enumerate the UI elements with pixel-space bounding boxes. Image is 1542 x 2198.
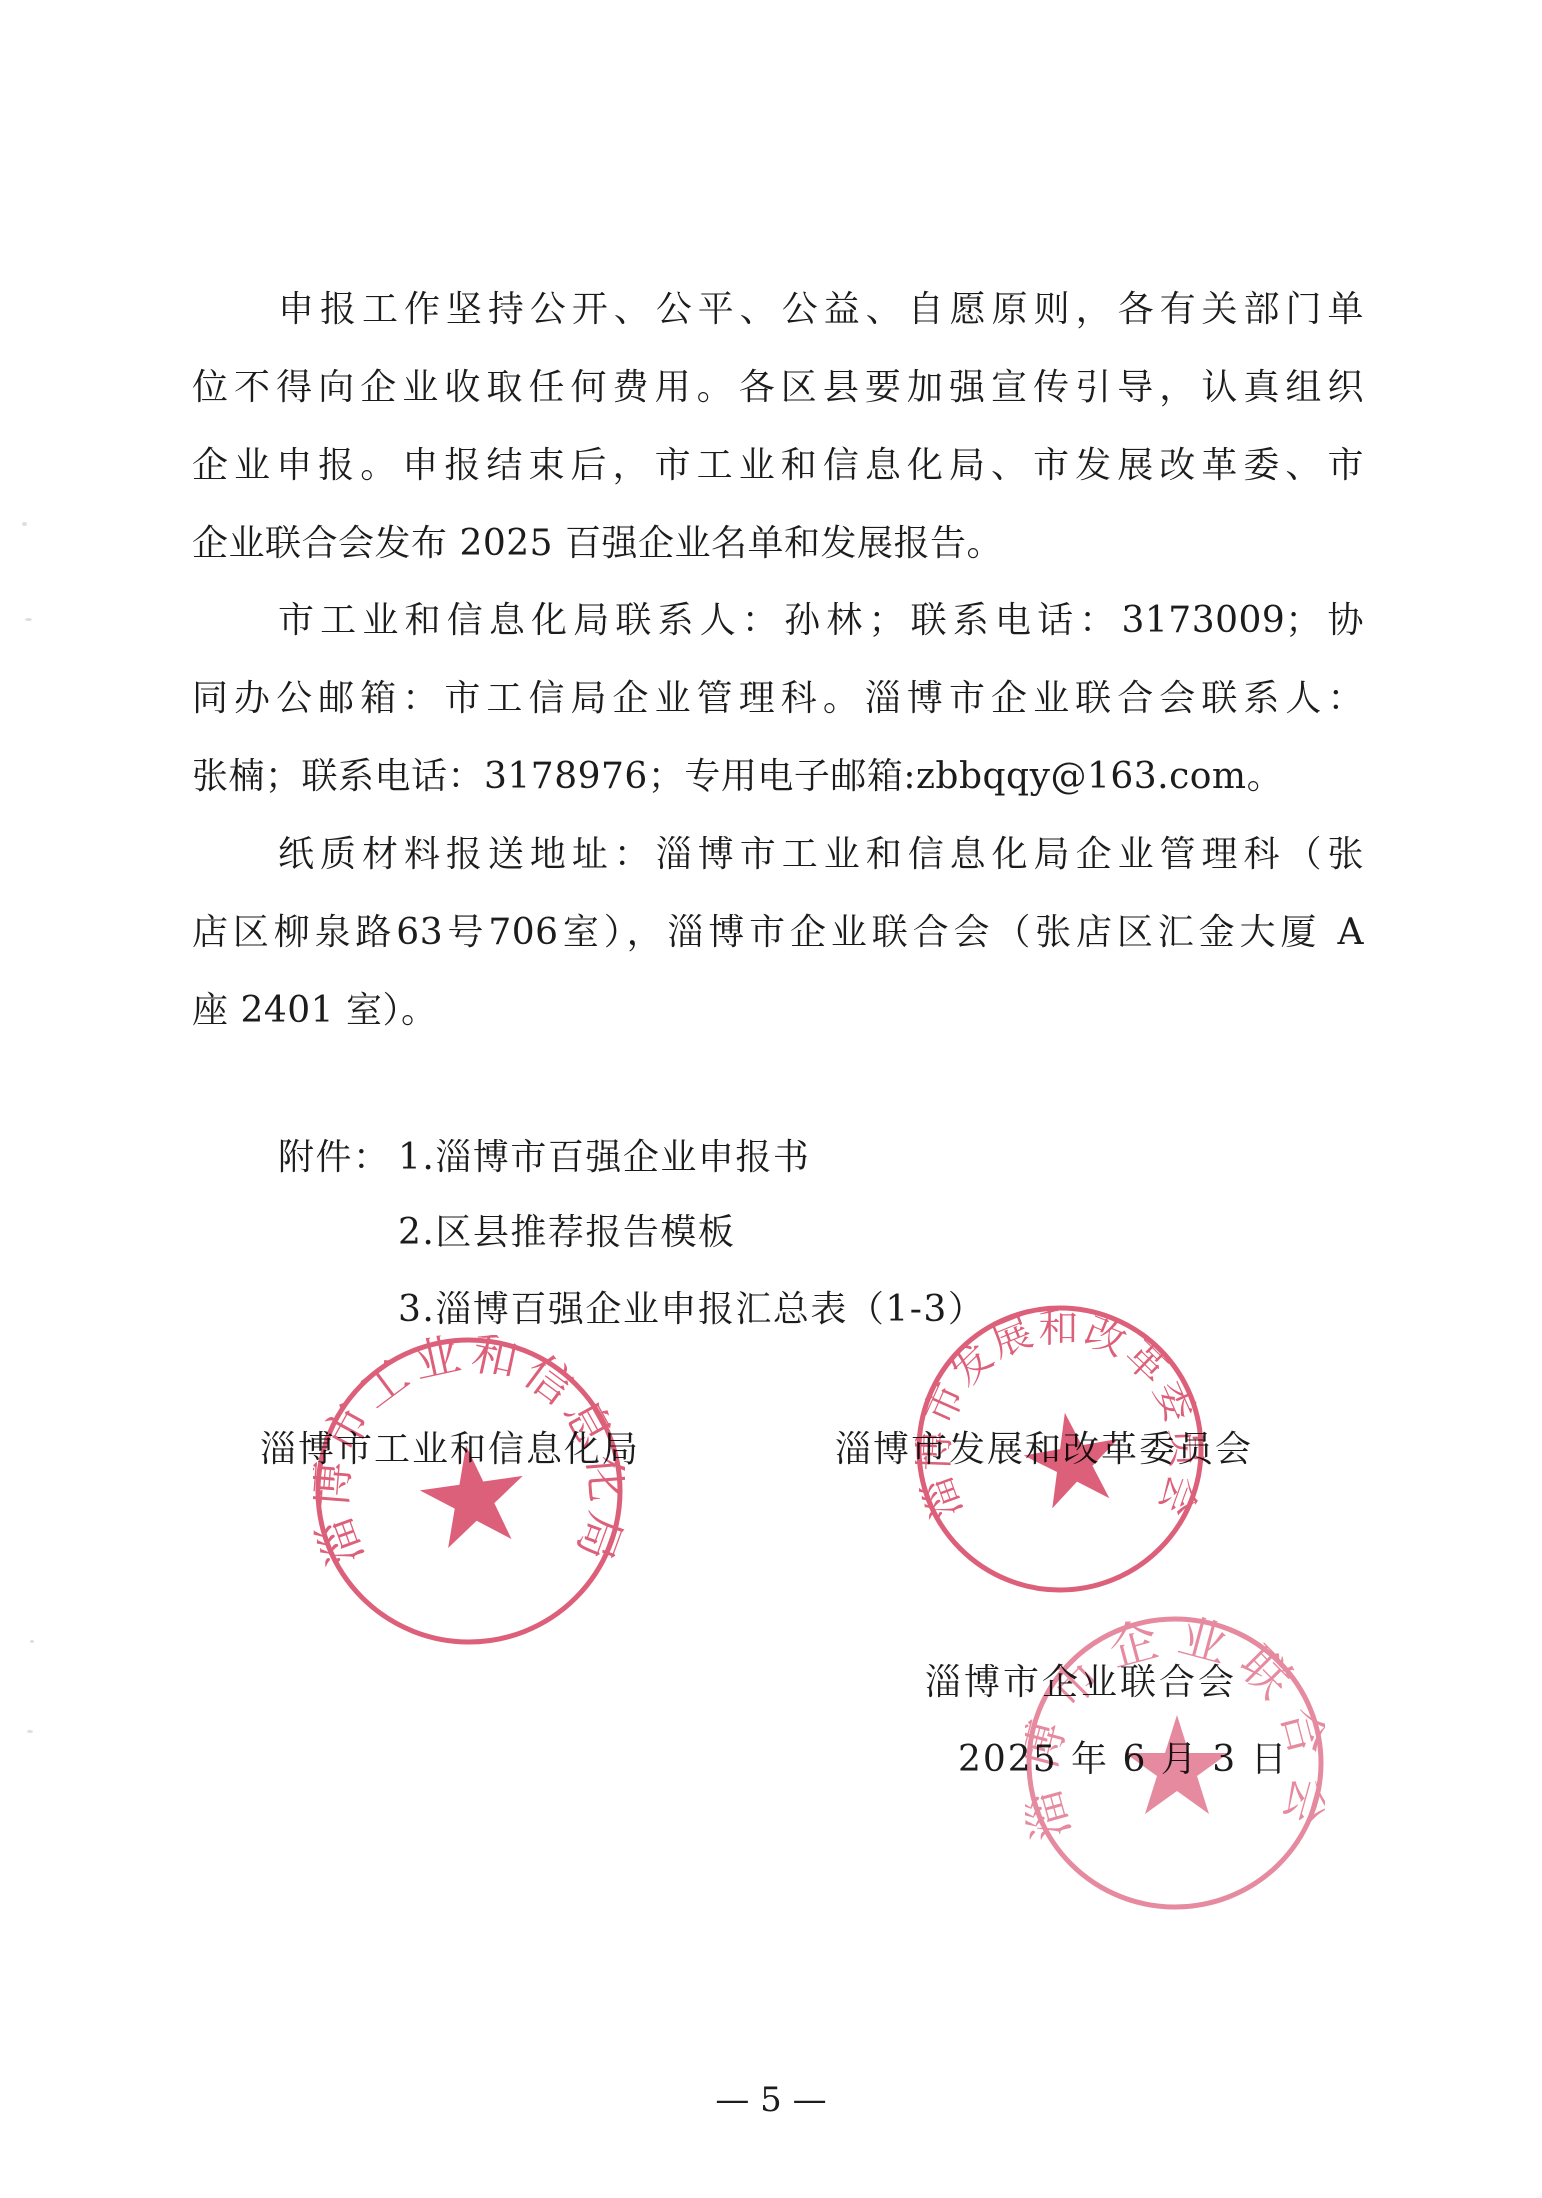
scan-mark [22,522,27,526]
signature-org-development-commission: 淄博市发展和改革委员会 [835,1425,1253,1475]
svg-text:淄博市企业联合会: 淄博市企业联合会 [1025,1615,1325,1846]
page-number: — 5 — [0,2078,1542,2122]
text-line: 市工业和信息化局联系人：孙林；联系电话：3173009；协 [192,596,1364,646]
text-line: 企业申报。申报结束后，市工业和信息化局、市发展改革委、市 [192,441,1364,491]
signature-org-industry-bureau: 淄博市工业和信息化局 [260,1425,640,1475]
text-line: 张楠；联系电话：3178976；专用电子邮箱:zbbqqy@163.com。 [192,752,1364,802]
svg-text:淄博市发展和改革委员会: 淄博市发展和改革委员会 [915,1306,1205,1525]
signature-org-enterprise-federation: 淄博市企业联合会 [925,1658,1237,1708]
document-date: 2025 年 6 月 3 日 [958,1735,1289,1785]
text-line: 申报工作坚持公开、公平、公益、自愿原则，各有关部门单 [192,285,1364,335]
scan-mark [27,1730,33,1733]
scan-mark [25,618,32,621]
document-page: 申报工作坚持公开、公平、公益、自愿原则，各有关部门单 位不得向企业收取任何费用。… [0,0,1542,2198]
text-line: 纸质材料报送地址：淄博市工业和信息化局企业管理科（张 [192,830,1364,880]
text-line: 座 2401 室）。 [192,986,1364,1036]
attachment-item: 1.淄博市百强企业申报书 [398,1133,810,1183]
text-line: 企业联合会发布 2025 百强企业名单和发展报告。 [192,519,1364,569]
attachments-label: 附件： [278,1133,391,1183]
attachment-item: 2.区县推荐报告模板 [398,1208,735,1258]
scan-mark [30,1640,34,1643]
text-line: 同办公邮箱：市工信局企业管理科。淄博市企业联合会联系人： [192,674,1364,724]
text-line: 店区柳泉路63号706室），淄博市企业联合会（张店区汇金大厦 A [192,908,1364,958]
attachment-item: 3.淄博百强企业申报汇总表（1-3） [398,1285,985,1335]
official-seal-industry-bureau: 淄博市工业和信息化局 [313,1335,625,1647]
text-line: 位不得向企业收取任何费用。各区县要加强宣传引导，认真组织 [192,363,1364,413]
